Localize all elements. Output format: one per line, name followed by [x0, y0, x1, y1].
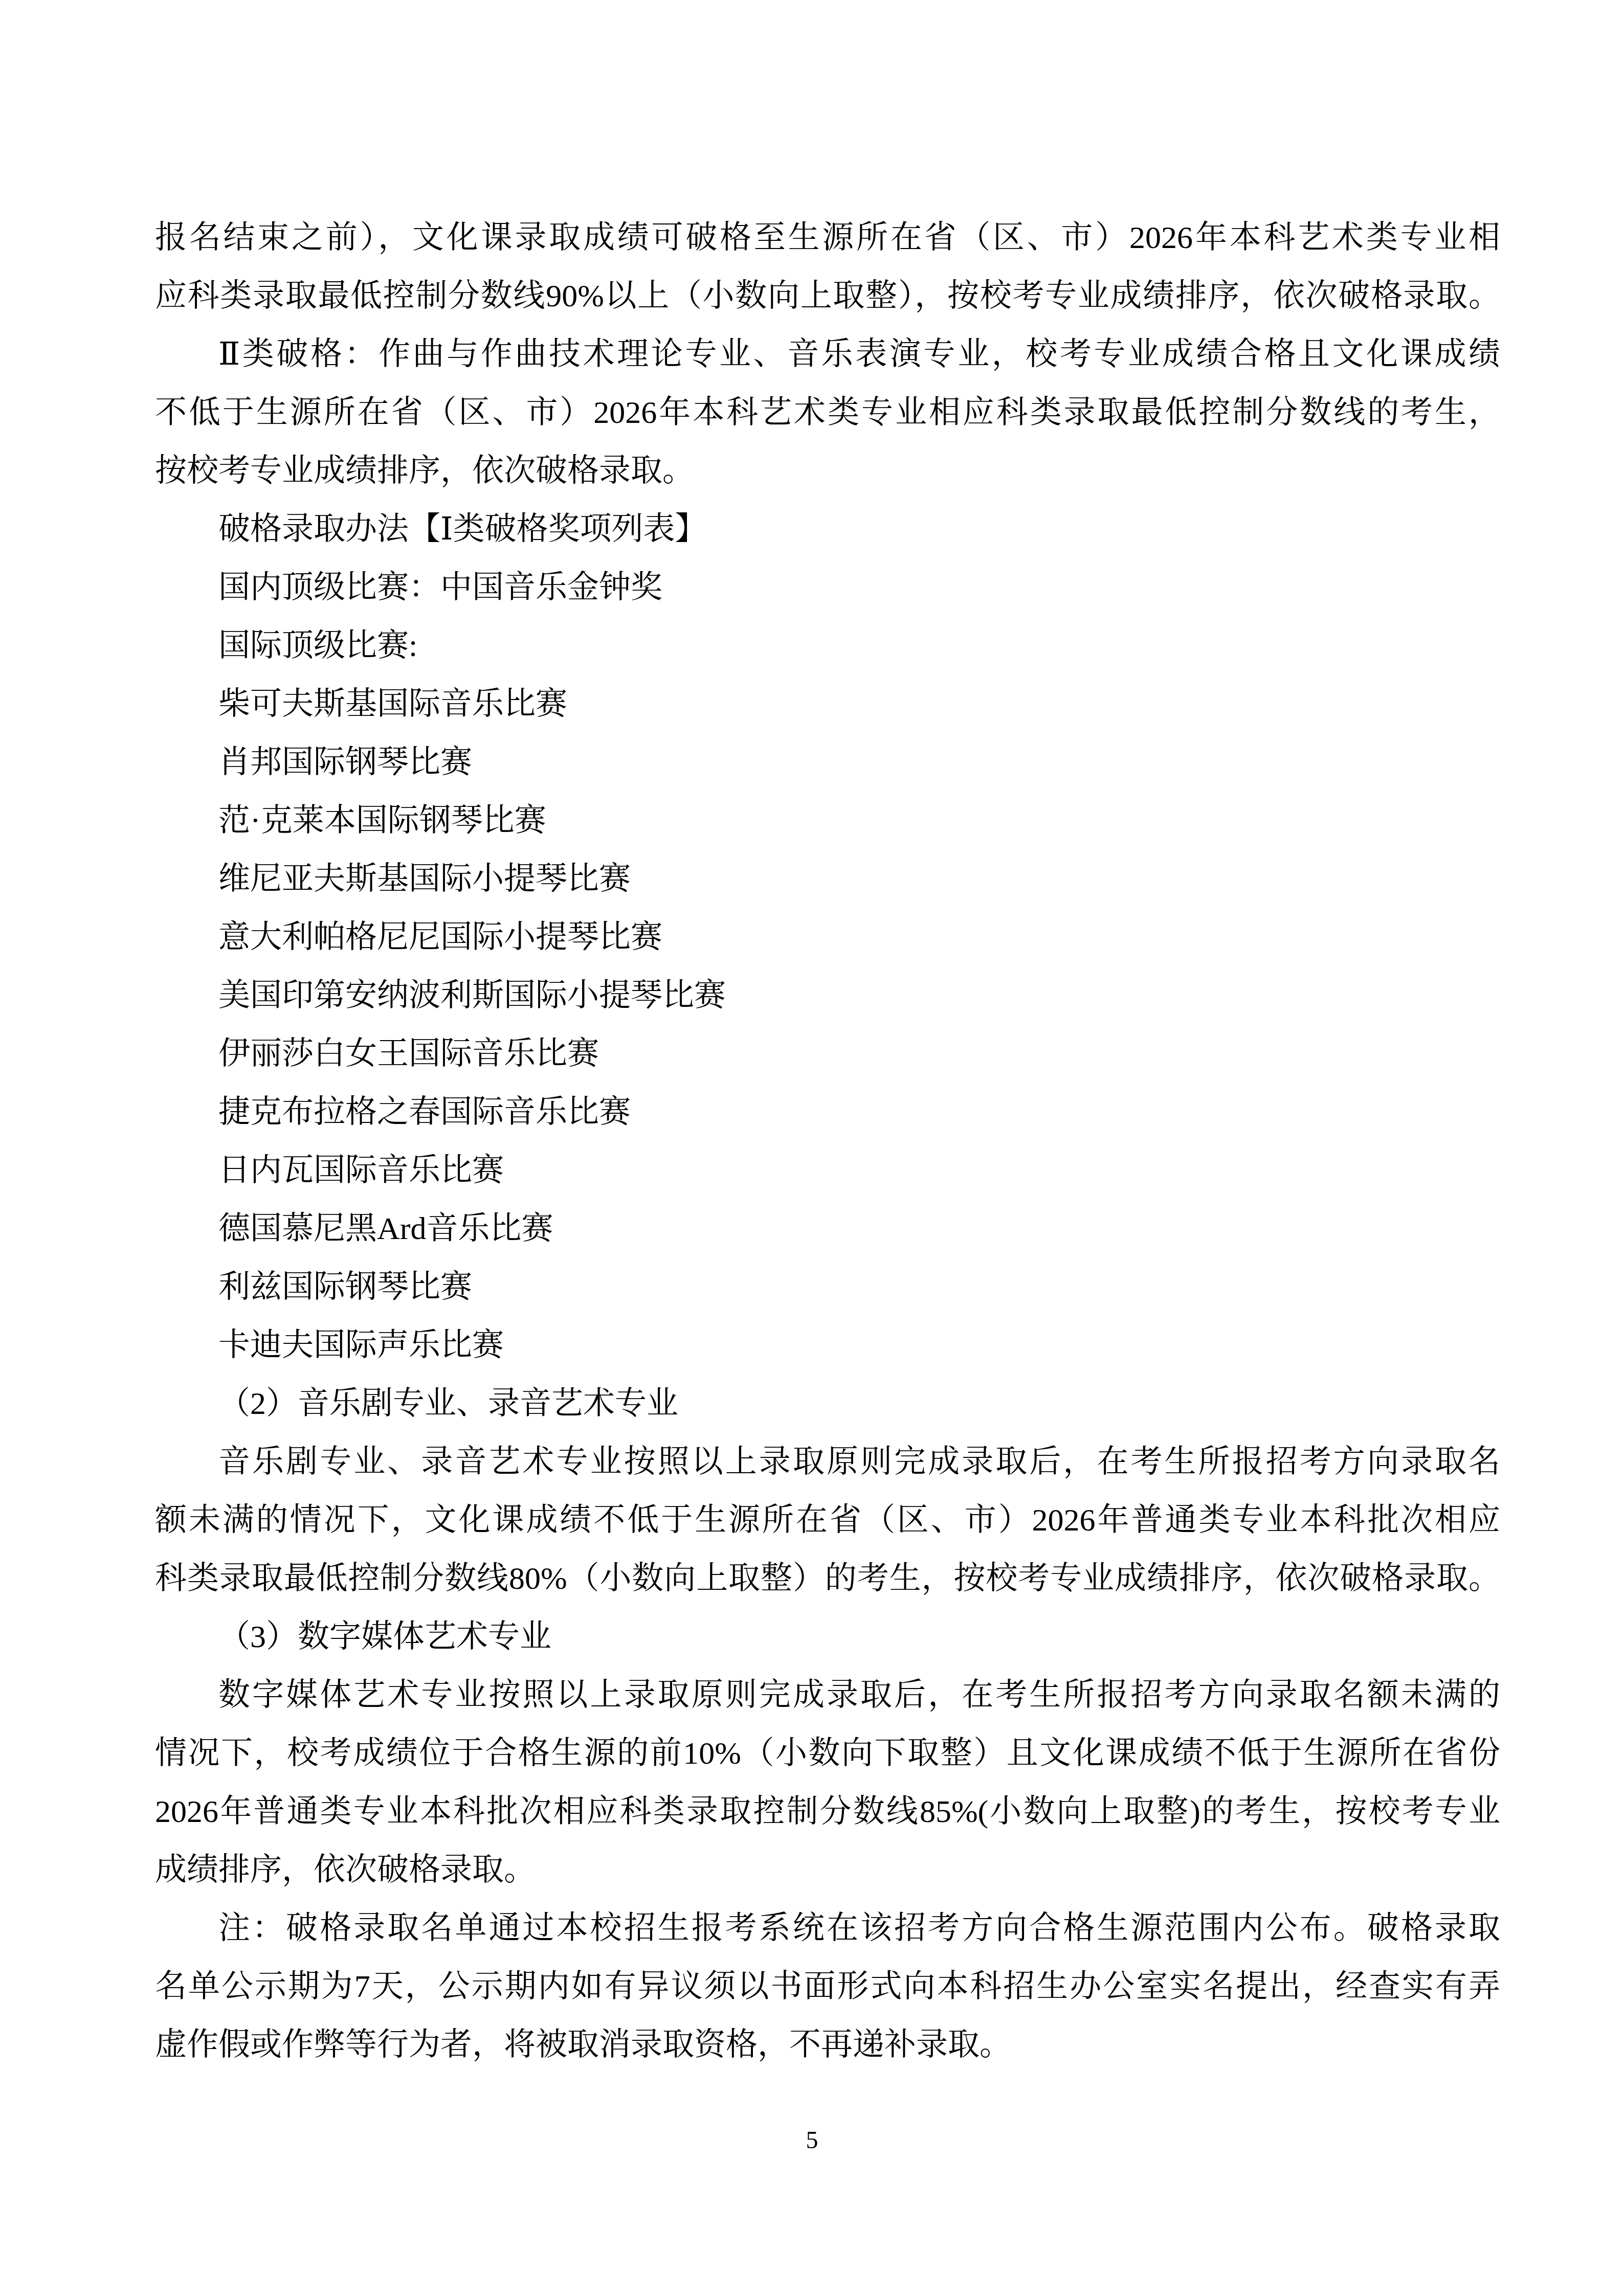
text-line-16: 捷克布拉格之春国际音乐比赛	[155, 1083, 1500, 1141]
text-line-8: 国际顶级比赛:	[155, 617, 1500, 675]
document-page: 报名结束之前），文化课录取成绩可破格至生源所在省（区、市）2026年本科艺术类专…	[0, 0, 1624, 2296]
text-line-4: 不低于生源所在省（区、市）2026年本科艺术类专业相应科类录取最低控制分数线的考…	[155, 384, 1500, 442]
text-line-7: 国内顶级比赛：中国音乐金钟奖	[155, 558, 1500, 617]
text-line-19: 利兹国际钢琴比赛	[155, 1258, 1500, 1316]
text-line-23: 额未满的情况下，文化课成绩不低于生源所在省（区、市）2026年普通类专业本科批次…	[155, 1491, 1500, 1549]
text-line-14: 美国印第安纳波利斯国际小提琴比赛	[155, 966, 1500, 1025]
text-line-12: 维尼亚夫斯基国际小提琴比赛	[155, 850, 1500, 908]
text-line-17: 日内瓦国际音乐比赛	[155, 1141, 1500, 1200]
text-line-22: 音乐剧专业、录音艺术专业按照以上录取原则完成录取后，在考生所报招考方向录取名	[155, 1433, 1500, 1491]
document-body: 报名结束之前），文化课录取成绩可破格至生源所在省（区、市）2026年本科艺术类专…	[155, 209, 1500, 2074]
text-line-1: 报名结束之前），文化课录取成绩可破格至生源所在省（区、市）2026年本科艺术类专…	[155, 209, 1500, 267]
text-line-6: 破格录取办法【Ⅰ类破格奖项列表】	[155, 500, 1500, 558]
text-line-32: 虚作假或作弊等行为者，将被取消录取资格，不再递补录取。	[155, 2016, 1500, 2074]
text-line-26: 数字媒体艺术专业按照以上录取原则完成录取后，在考生所报招考方向录取名额未满的	[155, 1666, 1500, 1724]
text-line-24: 科类录取最低控制分数线80%（小数向上取整）的考生，按校考专业成绩排序，依次破格…	[155, 1549, 1500, 1608]
text-line-27: 情况下，校考成绩位于合格生源的前10%（小数向下取整）且文化课成绩不低于生源所在…	[155, 1724, 1500, 1783]
text-line-21: （2）音乐剧专业、录音艺术专业	[155, 1375, 1500, 1433]
page-footer: 5	[0, 2126, 1624, 2155]
text-line-10: 肖邦国际钢琴比赛	[155, 733, 1500, 792]
text-line-25: （3）数字媒体艺术专业	[155, 1608, 1500, 1666]
text-line-30: 注：破格录取名单通过本校招生报考系统在该招考方向合格生源范围内公布。破格录取	[155, 1899, 1500, 1957]
text-line-2: 应科类录取最低控制分数线90%以上（小数向上取整），按校考专业成绩排序，依次破格…	[155, 267, 1500, 325]
text-line-29: 成绩排序，依次破格录取。	[155, 1841, 1500, 1899]
page-number: 5	[806, 2127, 818, 2154]
text-line-20: 卡迪夫国际声乐比赛	[155, 1316, 1500, 1375]
text-line-18: 德国慕尼黑Ard音乐比赛	[155, 1200, 1500, 1258]
text-line-13: 意大利帕格尼尼国际小提琴比赛	[155, 908, 1500, 966]
text-line-28: 2026年普通类专业本科批次相应科类录取控制分数线85%(小数向上取整)的考生，…	[155, 1783, 1500, 1841]
text-line-31: 名单公示期为7天，公示期内如有异议须以书面形式向本科招生办公室实名提出，经查实有…	[155, 1957, 1500, 2016]
text-line-3: Ⅱ类破格：作曲与作曲技术理论专业、音乐表演专业，校考专业成绩合格且文化课成绩	[155, 325, 1500, 384]
text-line-5: 按校考专业成绩排序，依次破格录取。	[155, 442, 1500, 500]
text-line-11: 范·克莱本国际钢琴比赛	[155, 792, 1500, 850]
text-line-9: 柴可夫斯基国际音乐比赛	[155, 675, 1500, 733]
text-line-15: 伊丽莎白女王国际音乐比赛	[155, 1025, 1500, 1083]
